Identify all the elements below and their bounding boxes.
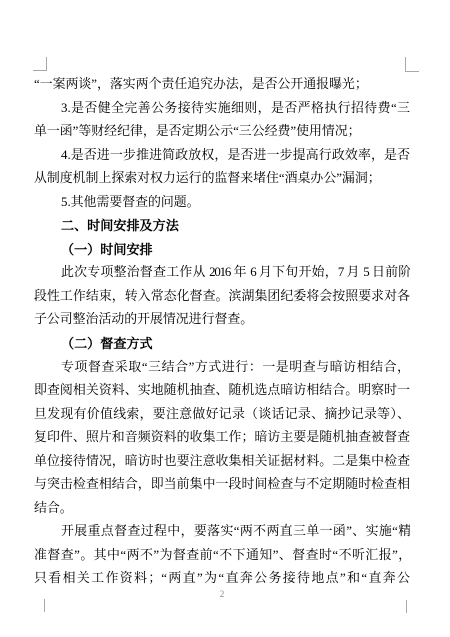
subsection-heading-time-schedule[interactable]: （一）时间安排 [34, 238, 410, 262]
body-text-line[interactable]: 结合。 [34, 497, 410, 521]
text-boundary-mark-bottom-right [406, 600, 407, 613]
body-text-line[interactable]: “一案两谈”，落实两个责任追究办法，是否公开通报曝光； [34, 73, 410, 97]
document-text-area[interactable]: “一案两谈”，落实两个责任追究办法，是否公开通报曝光； 3.是否健全完善公务接待… [34, 73, 410, 591]
body-text-line[interactable]: 单一函”等财经纪律，是否定期公示“三公经费”使用情况； [34, 120, 410, 144]
body-text-line[interactable]: 单位接待情况，暗访时也要注意收集相关证据材料。二是集中检查 [34, 450, 410, 474]
body-text-line[interactable]: 复印件、照片和音频资料的收集工作；暗访主要是随机抽查被督查 [34, 426, 410, 450]
text-boundary-mark-top-right [405, 57, 419, 72]
body-text-line[interactable]: 开展重点督查过程中，要落实“两不两直三单一函”、实施“精 [34, 520, 410, 544]
body-text-line[interactable]: 与突击检查相结合，即当前集中一段时间检查与不定期随时检查相 [34, 473, 410, 497]
word-document-page: “一案两谈”，落实两个责任追究办法，是否公开通报曝光； 3.是否健全完善公务接待… [0, 0, 450, 637]
subsection-heading-inspection-method[interactable]: （二）督查方式 [34, 332, 410, 356]
section-heading-time-and-method[interactable]: 二、时间安排及方法 [34, 214, 410, 238]
body-text-line[interactable]: 子公司整治活动的开展情况进行督查。 [34, 308, 410, 332]
text-boundary-mark-top-left [33, 57, 47, 71]
body-text-line[interactable]: 从制度机制上探索对权力运行的监督来堵住“酒桌办公”漏洞； [34, 167, 410, 191]
body-text-line[interactable]: 3.是否健全完善公务接待实施细则，是否严格执行招待费“三 [34, 97, 410, 121]
body-text-line[interactable]: 专项督查采取“三结合”方式进行：一是明查与暗访相结合， [34, 356, 410, 380]
text-boundary-mark-bottom-left [44, 599, 45, 612]
body-text-line[interactable]: 旦发现有价值线索，要注意做好记录（谈话记录、摘抄记录等）、 [34, 403, 410, 427]
body-text-line[interactable]: 5.其他需要督查的问题。 [34, 191, 410, 215]
body-text-line[interactable]: 准督查”。其中“两不”为督查前“不下通知”、督查时“不听汇报”， [34, 544, 410, 568]
body-text-line[interactable]: 此次专项整治督查工作从 2016 年 6 月下旬开始，7 月 5 日前阶 [34, 261, 410, 285]
body-text-line[interactable]: 段性工作结束，转入常态化督查。滨湖集团纪委将会按照要求对各 [34, 285, 410, 309]
page-number: 2 [34, 588, 410, 600]
body-text-line[interactable]: 4.是否进一步推进简政放权，是否进一步提高行政效率，是否 [34, 144, 410, 168]
body-text-line[interactable]: 即查阅相关资料、实地随机抽查、随机选点暗访相结合。明察时一 [34, 379, 410, 403]
